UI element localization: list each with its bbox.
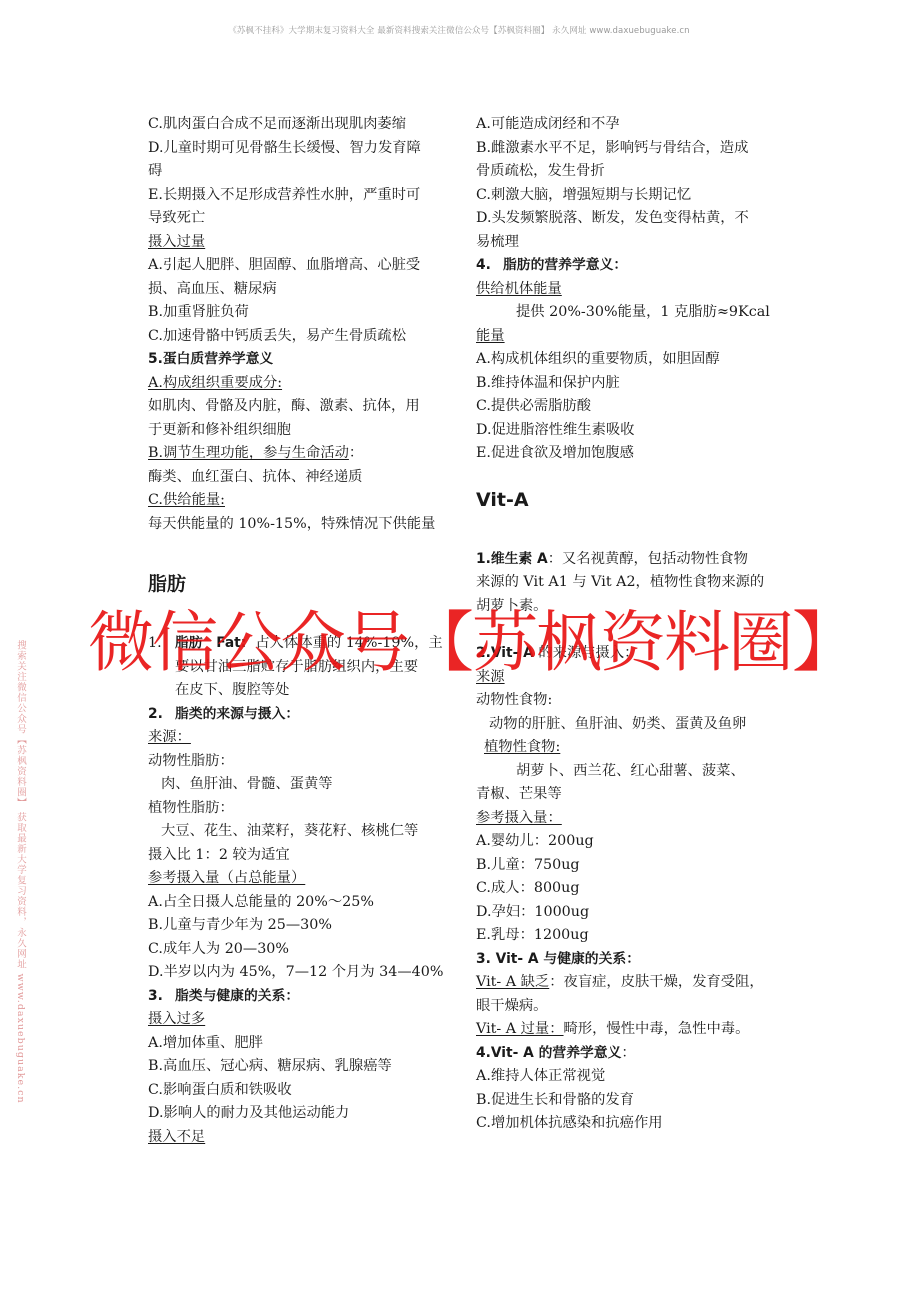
text-line: 摄入比 1：2 较为适宜 <box>148 844 458 868</box>
label-energy: 供给机体能量 <box>476 278 786 302</box>
text-line: D.半岁以内为 45%，7—12 个月为 34—40% <box>148 961 458 985</box>
section-heading-fat: 脂肪 <box>148 560 458 608</box>
list-number: 3. <box>148 985 175 1009</box>
text: 占人体体重的 14%-19%，主 <box>255 635 442 651</box>
text-line: D.促进脂溶性维生素吸收 <box>476 419 786 443</box>
heading-vita-source: 2.Vit- A <box>476 645 534 661</box>
text-line: E.乳母：1200ug <box>476 924 786 948</box>
text-line: E.长期摄入不足形成营养性水肿，严重时可 <box>148 184 458 208</box>
text-line: 青椒、芒果等 <box>476 783 786 807</box>
subheading-protein-excess: 摄入过量 <box>148 231 458 255</box>
text-line: 于更新和修补组织细胞 <box>148 419 458 443</box>
text-line: 碍 <box>148 160 458 184</box>
text-line: 要以甘油三脂贮存于脂肪组织内，主要 <box>148 656 458 680</box>
text: ：夜盲症，皮肤干燥，发育受阻， <box>549 974 763 990</box>
header-banner: 《苏枫不挂科》大学期末复习资料大全 最新资料搜索关注微信公众号【苏枫资料圈】 永… <box>0 24 918 36</box>
list-number: 1. <box>148 632 175 656</box>
label-plant: 植物性脂肪： <box>148 797 458 821</box>
text: 畸形，慢性中毒，急性中毒。 <box>564 1021 750 1037</box>
label-animal: 动物性脂肪： <box>148 750 458 774</box>
text-line: C.加速骨骼中钙质丢失，易产生骨质疏松 <box>148 325 458 349</box>
heading-protein-significance: 5.蛋白质营养学意义 <box>148 348 458 372</box>
text-line: 每天供能量的 10%-15%，特殊情况下供能量 <box>148 513 458 537</box>
text-line: 肉、鱼肝油、骨髓、蛋黄等 <box>148 773 458 797</box>
term-fat: 脂肪 <box>175 635 203 651</box>
label-source: 来源 <box>476 666 786 690</box>
text-line: B.儿童：750ug <box>476 854 786 878</box>
text-line: 损、高血压、糖尿病 <box>148 278 458 302</box>
text-line: 眼干燥病。 <box>476 995 786 1019</box>
text-line: D.孕妇：1000ug <box>476 901 786 925</box>
label-excess: 摄入过多 <box>148 1008 458 1032</box>
text-line: A.增加体重、肥胖 <box>148 1032 458 1056</box>
text-line: B.雌激素水平不足，影响钙与骨结合，造成 <box>476 137 786 161</box>
text-line: B.加重肾脏负荷 <box>148 301 458 325</box>
text-line: 大豆、花生、油菜籽，葵花籽、核桃仁等 <box>148 820 458 844</box>
label-energy-2: 能量 <box>476 325 786 349</box>
subheading-a: A.构成组织重要成分: <box>148 372 458 396</box>
term-vita: 1.维生素 A <box>476 551 548 567</box>
text-line: 导致死亡 <box>148 207 458 231</box>
right-column: A.可能造成闭经和不孕 B.雌激素水平不足，影响钙与骨结合，造成 骨质疏松，发生… <box>476 113 786 1136</box>
term-fat-en: Fat: <box>216 635 246 651</box>
label-vita-over: Vit- A 过量： <box>476 1021 564 1037</box>
text: 的来源与摄入： <box>538 645 638 661</box>
text-line: A.维持人体正常视觉 <box>476 1065 786 1089</box>
colon: ： <box>621 1045 635 1061</box>
text-line: A.引起人肥胖、胆固醇、血脂增高、心脏受 <box>148 254 458 278</box>
text-line: 来源的 Vit A1 与 Vit A2，植物性食物来源的 <box>476 571 786 595</box>
text-line: 胡萝卜、西兰花、红心甜薯、菠菜、 <box>476 760 786 784</box>
label-source: 来源： <box>148 726 458 750</box>
text-line: C.影响蛋白质和铁吸收 <box>148 1079 458 1103</box>
text-line: 骨质疏松，发生骨折 <box>476 160 786 184</box>
heading-fat-source: 脂类的来源与摄入： <box>175 706 299 722</box>
text-line: C.增加机体抗感染和抗癌作用 <box>476 1112 786 1136</box>
text: 又名视黄醇，包括动物性食物 <box>562 551 748 567</box>
label-animal-food: 动物性食物: <box>476 689 786 713</box>
text-line: 动物的肝脏、鱼肝油、奶类、蛋黄及鱼卵 <box>476 713 786 737</box>
text-line: C.成年人为 20—30% <box>148 938 458 962</box>
text-line: 如肌肉、骨骼及内脏，酶、激素、抗体，用 <box>148 395 458 419</box>
text-line: 易梳理 <box>476 231 786 255</box>
label-vita-lack: Vit- A 缺乏 <box>476 974 549 990</box>
section-heading-vita: Vit-A <box>476 476 786 524</box>
text-line: C.肌肉蛋白合成不足而逐渐出现肌肉萎缩 <box>148 113 458 137</box>
text-line: C.提供必需脂肪酸 <box>476 395 786 419</box>
list-number: 2. <box>148 703 175 727</box>
text-line: A.婴幼儿：200ug <box>476 830 786 854</box>
text-line: D.头发频繁脱落、断发，发色变得枯黄，不 <box>476 207 786 231</box>
text-line: 提供 20%-30%能量，1 克脂肪≈9Kcal <box>476 301 786 325</box>
heading-fat-significance: 脂肪的营养学意义： <box>503 257 627 273</box>
text-line: D.儿童时期可见骨骼生长缓慢、智力发育障 <box>148 137 458 161</box>
list-number: 4. <box>476 254 503 278</box>
label-reference-intake: 参考摄入量： <box>476 807 786 831</box>
colon: ： <box>349 445 363 461</box>
text-line: E.促进食欲及增加饱腹感 <box>476 442 786 466</box>
subheading-b: B.调节生理功能，参与生命活动 <box>148 445 349 461</box>
label-reference-intake: 参考摄入量（占总能量） <box>148 867 458 891</box>
colon: ： <box>548 551 562 567</box>
text-line: C.刺激大脑，增强短期与长期记忆 <box>476 184 786 208</box>
subheading-c: C.供给能量: <box>148 489 458 513</box>
text-line: D.影响人的耐力及其他运动能力 <box>148 1102 458 1126</box>
heading-vita-health: 3. Vit- A 与健康的关系： <box>476 948 786 972</box>
text-line: A.可能造成闭经和不孕 <box>476 113 786 137</box>
side-watermark: 搜索关注微信公众号【苏枫资料圈】 获取最新大学复习资料，永久网址 www.dax… <box>14 640 26 1104</box>
text-line: 在皮下、腹腔等处 <box>148 679 458 703</box>
text-line: B.促进生长和骨骼的发育 <box>476 1089 786 1113</box>
text-line: A.构成机体组织的重要物质，如胆固醇 <box>476 348 786 372</box>
text-line: B.高血压、冠心病、糖尿病、乳腺癌等 <box>148 1055 458 1079</box>
text-line: B.维持体温和保护内脏 <box>476 372 786 396</box>
heading-fat-health: 脂类与健康的关系： <box>175 988 299 1004</box>
label-plant-food: 植物性食物: <box>484 739 560 755</box>
text-line: C.成人：800ug <box>476 877 786 901</box>
text-line: 胡萝卜素。 <box>476 595 786 619</box>
left-column: C.肌肉蛋白合成不足而逐渐出现肌肉萎缩 D.儿童时期可见骨骼生长缓慢、智力发育障… <box>148 113 458 1149</box>
label-deficit: 摄入不足 <box>148 1126 458 1150</box>
text-line: 酶类、血红蛋白、抗体、神经递质 <box>148 466 458 490</box>
heading-vita-significance: 4.Vit- A 的营养学意义 <box>476 1045 621 1061</box>
text-line: B.儿童与青少年为 25—30% <box>148 914 458 938</box>
text-line: A.占全日摄人总能量的 20%～25% <box>148 891 458 915</box>
